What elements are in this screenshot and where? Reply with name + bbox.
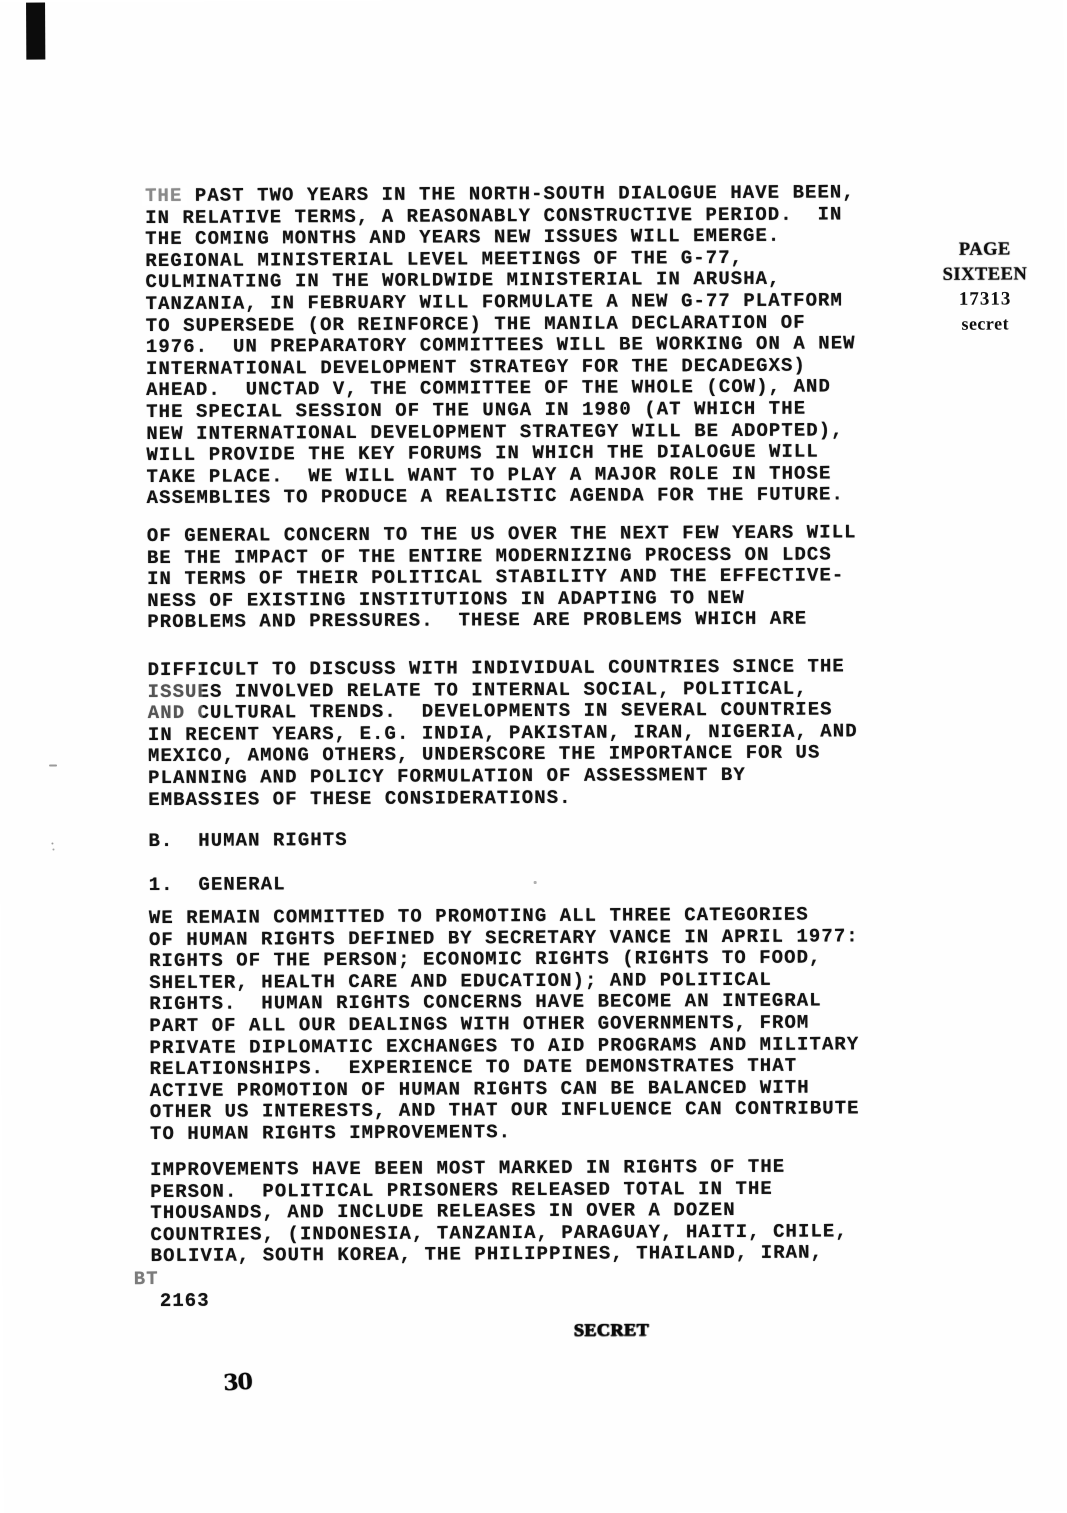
page-label: PAGE SIXTEEN — [917, 237, 1052, 288]
paragraph-improvements: IMPROVEMENTS HAVE BEEN MOST MARKED IN RI… — [150, 1156, 848, 1268]
paragraph-difficult-to-discuss: DIFFICULT TO DISCUSS WITH INDIVIDUAL COU… — [147, 656, 858, 811]
section-heading-human-rights: B. HUMAN RIGHTS — [148, 830, 347, 853]
scan-speck — [51, 843, 53, 845]
cable-signoff-bt: BT — [134, 1269, 159, 1291]
classification-stamp-secret: SECRET — [574, 1319, 649, 1340]
scan-artifact-bar — [26, 3, 45, 60]
document-number: 17313 — [918, 287, 1053, 312]
paragraph-three-categories: WE REMAIN COMMITTED TO PROMOTING ALL THR… — [149, 904, 860, 1145]
margin-annotation-block: PAGE SIXTEEN 17313 secret — [917, 237, 1053, 336]
paragraph-general-concern: OF GENERAL CONCERN TO THE US OVER THE NE… — [147, 522, 857, 634]
handwritten-page-number: 30 — [223, 1369, 253, 1397]
classification-note: secret — [918, 311, 1053, 336]
cable-reference-number: 2163 — [160, 1291, 210, 1313]
scan-speck — [534, 881, 537, 884]
scan-speck — [49, 764, 57, 766]
paragraph-north-south-dialogue: THE PAST TWO YEARS IN THE NORTH-SOUTH DI… — [145, 182, 856, 510]
scanned-document-page: THE PAST TWO YEARS IN THE NORTH-SOUTH DI… — [0, 0, 1067, 1513]
subsection-heading-general: 1. GENERAL — [149, 874, 286, 896]
